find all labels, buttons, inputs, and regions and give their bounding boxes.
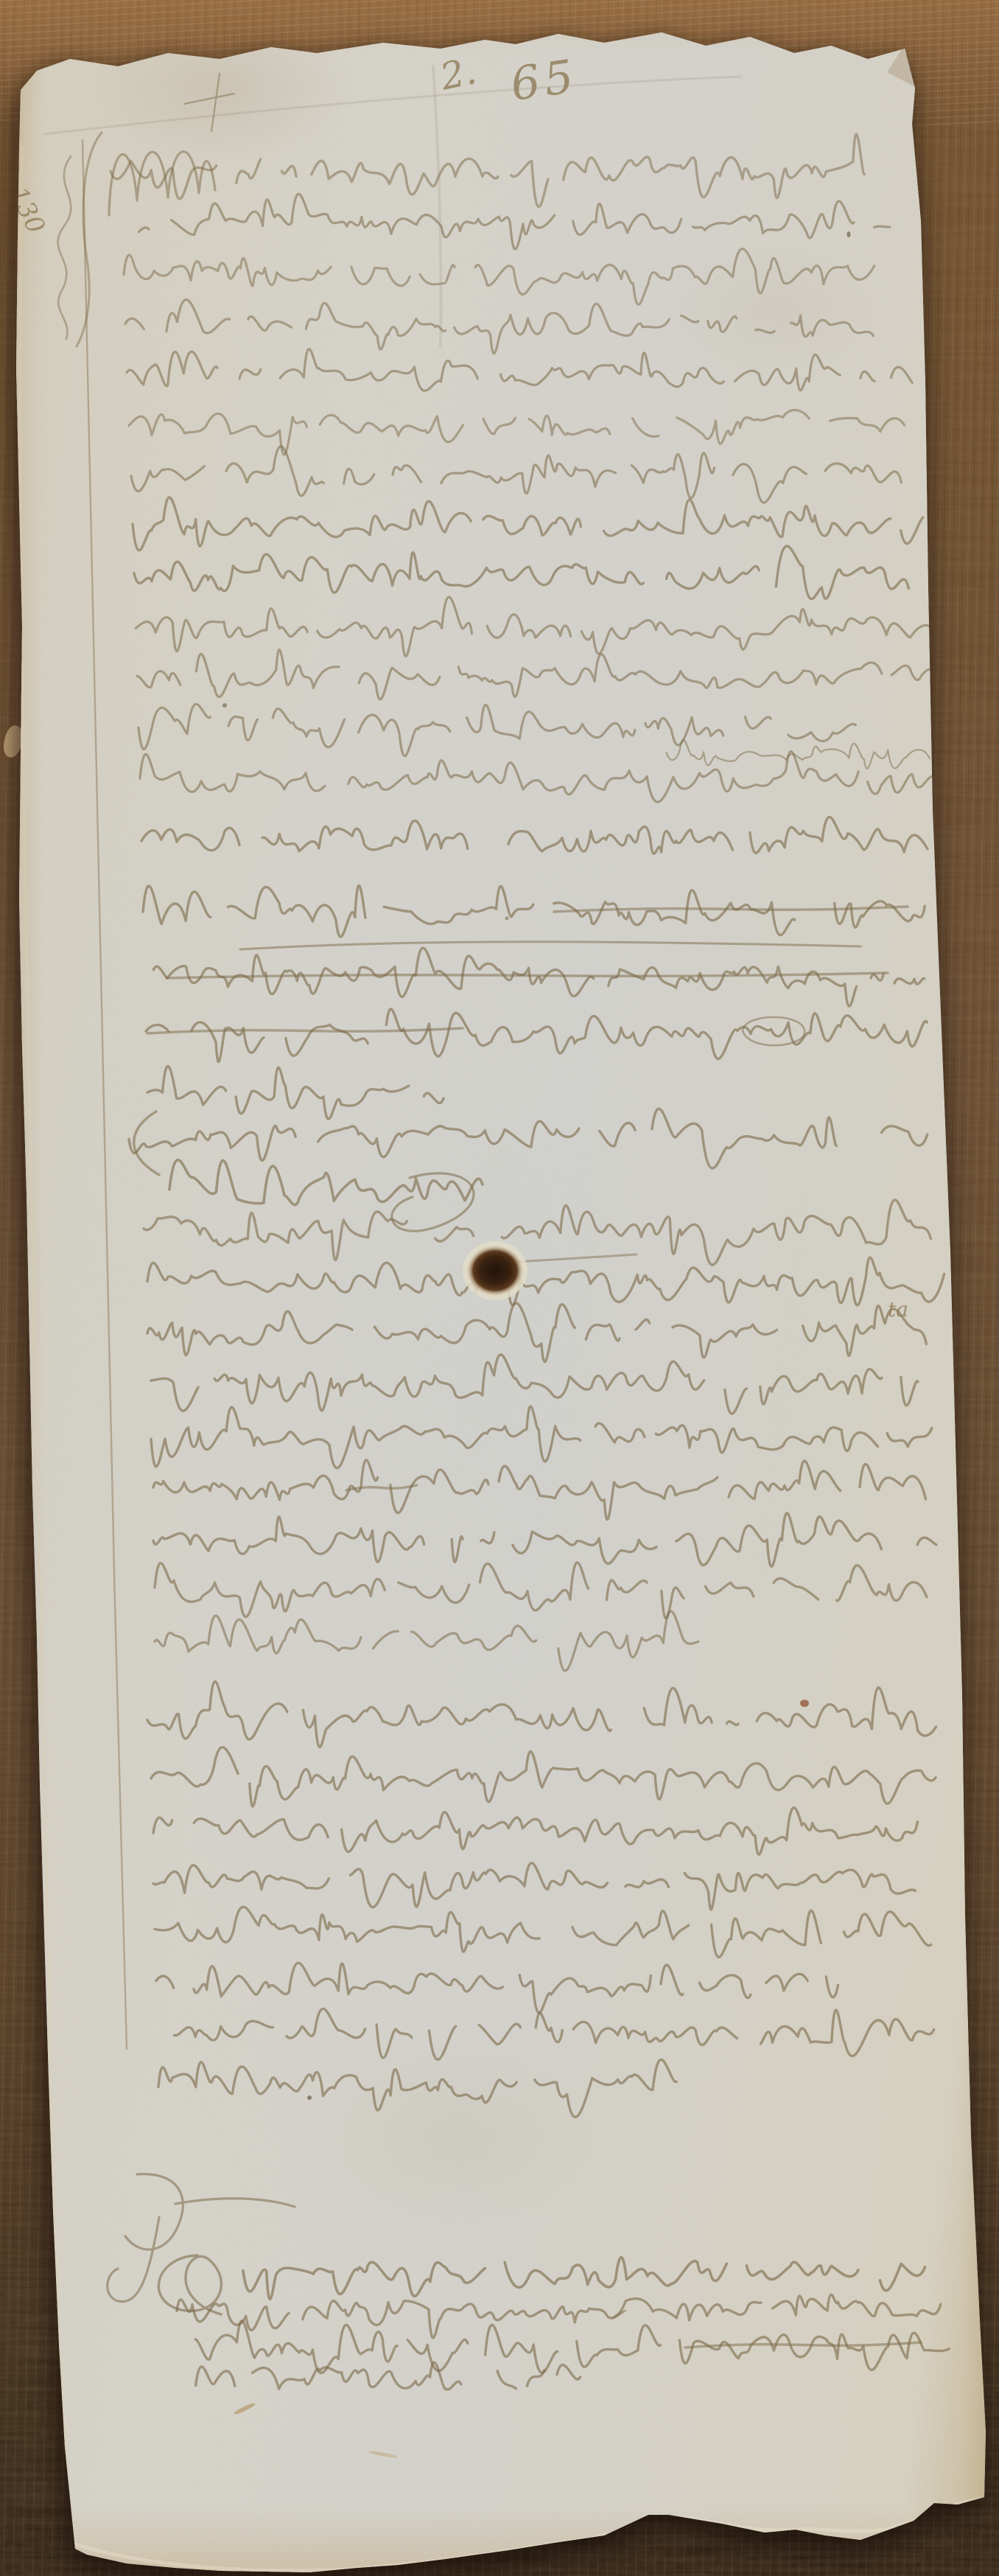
script-line xyxy=(111,134,864,207)
script-line xyxy=(141,817,928,854)
manuscript-page: 2. 65 130 ta xyxy=(0,0,999,2576)
bottom-deckle xyxy=(75,2499,981,2571)
script-line xyxy=(156,1963,838,2013)
cross-mark xyxy=(184,74,234,131)
script-line xyxy=(129,1109,928,1168)
script-line xyxy=(133,498,923,551)
top-crease xyxy=(44,77,740,134)
script-line xyxy=(134,546,908,599)
script-line xyxy=(137,649,942,699)
paper-speck xyxy=(847,231,851,237)
paper-speck xyxy=(222,703,227,708)
script-line xyxy=(125,300,874,354)
script-line xyxy=(153,1808,918,1855)
paper-speck xyxy=(233,2402,256,2416)
photo-of-manuscript: 2. 65 130 ta xyxy=(0,0,999,2576)
script-line xyxy=(129,410,905,455)
margin-scribble xyxy=(58,156,71,339)
paper-speck xyxy=(800,1700,809,1707)
paper-speck xyxy=(611,2308,628,2320)
script-line xyxy=(146,1009,927,1062)
wormhole-opening xyxy=(467,1246,523,1296)
script-line xyxy=(153,1513,936,1566)
script-line xyxy=(155,1611,698,1671)
script-line xyxy=(153,1863,916,1910)
paper-sheet: 2. 65 130 ta xyxy=(0,0,999,2576)
script-line xyxy=(158,2059,676,2117)
script-line xyxy=(143,886,925,937)
paper-speck xyxy=(368,2450,398,2459)
script-line xyxy=(136,597,933,656)
script-line xyxy=(155,1563,927,1619)
paper-speck xyxy=(505,917,509,921)
opening-paren xyxy=(134,1111,159,1175)
script-line xyxy=(144,1200,931,1265)
script-line xyxy=(196,2362,581,2390)
margin-rule xyxy=(83,140,127,2049)
script-line xyxy=(147,1257,944,1305)
script-line xyxy=(139,704,855,755)
script-line xyxy=(243,2258,925,2300)
handwriting-layer: 2. 65 130 ta xyxy=(0,0,999,2576)
folio-mark: 2. xyxy=(436,49,480,99)
script-line xyxy=(151,1748,936,1807)
script-line xyxy=(169,1160,483,1205)
script-line xyxy=(127,349,912,391)
left-deckle xyxy=(21,147,75,2544)
script-line xyxy=(153,1460,926,1520)
long-overstroke xyxy=(240,942,860,949)
script-line xyxy=(155,1907,931,1957)
script-line xyxy=(151,1406,932,1468)
script-line xyxy=(140,752,936,803)
script-line xyxy=(195,2321,949,2373)
margin-number: 130 xyxy=(3,182,50,238)
script-line xyxy=(139,194,890,249)
vertical-crease xyxy=(433,66,441,346)
script-line xyxy=(147,1681,936,1747)
initial-o-loop xyxy=(158,2255,221,2314)
folio-number: 65 xyxy=(508,49,581,111)
hole-dash xyxy=(517,1254,637,1262)
script-line xyxy=(174,2008,933,2059)
script-line xyxy=(177,2294,941,2338)
corner-fold xyxy=(887,47,918,88)
paper-speck xyxy=(307,2095,312,2100)
script-line xyxy=(147,1303,926,1361)
interline-note-ta: ta xyxy=(888,1297,908,1322)
wormhole xyxy=(463,1241,527,1300)
strikethrough-stroke xyxy=(147,1028,463,1033)
script-line xyxy=(131,447,902,503)
script-line xyxy=(151,1355,918,1414)
script-line xyxy=(147,1067,444,1120)
margin-brace xyxy=(77,133,102,346)
script-line xyxy=(124,249,874,305)
strikethrough-stroke xyxy=(554,907,908,912)
